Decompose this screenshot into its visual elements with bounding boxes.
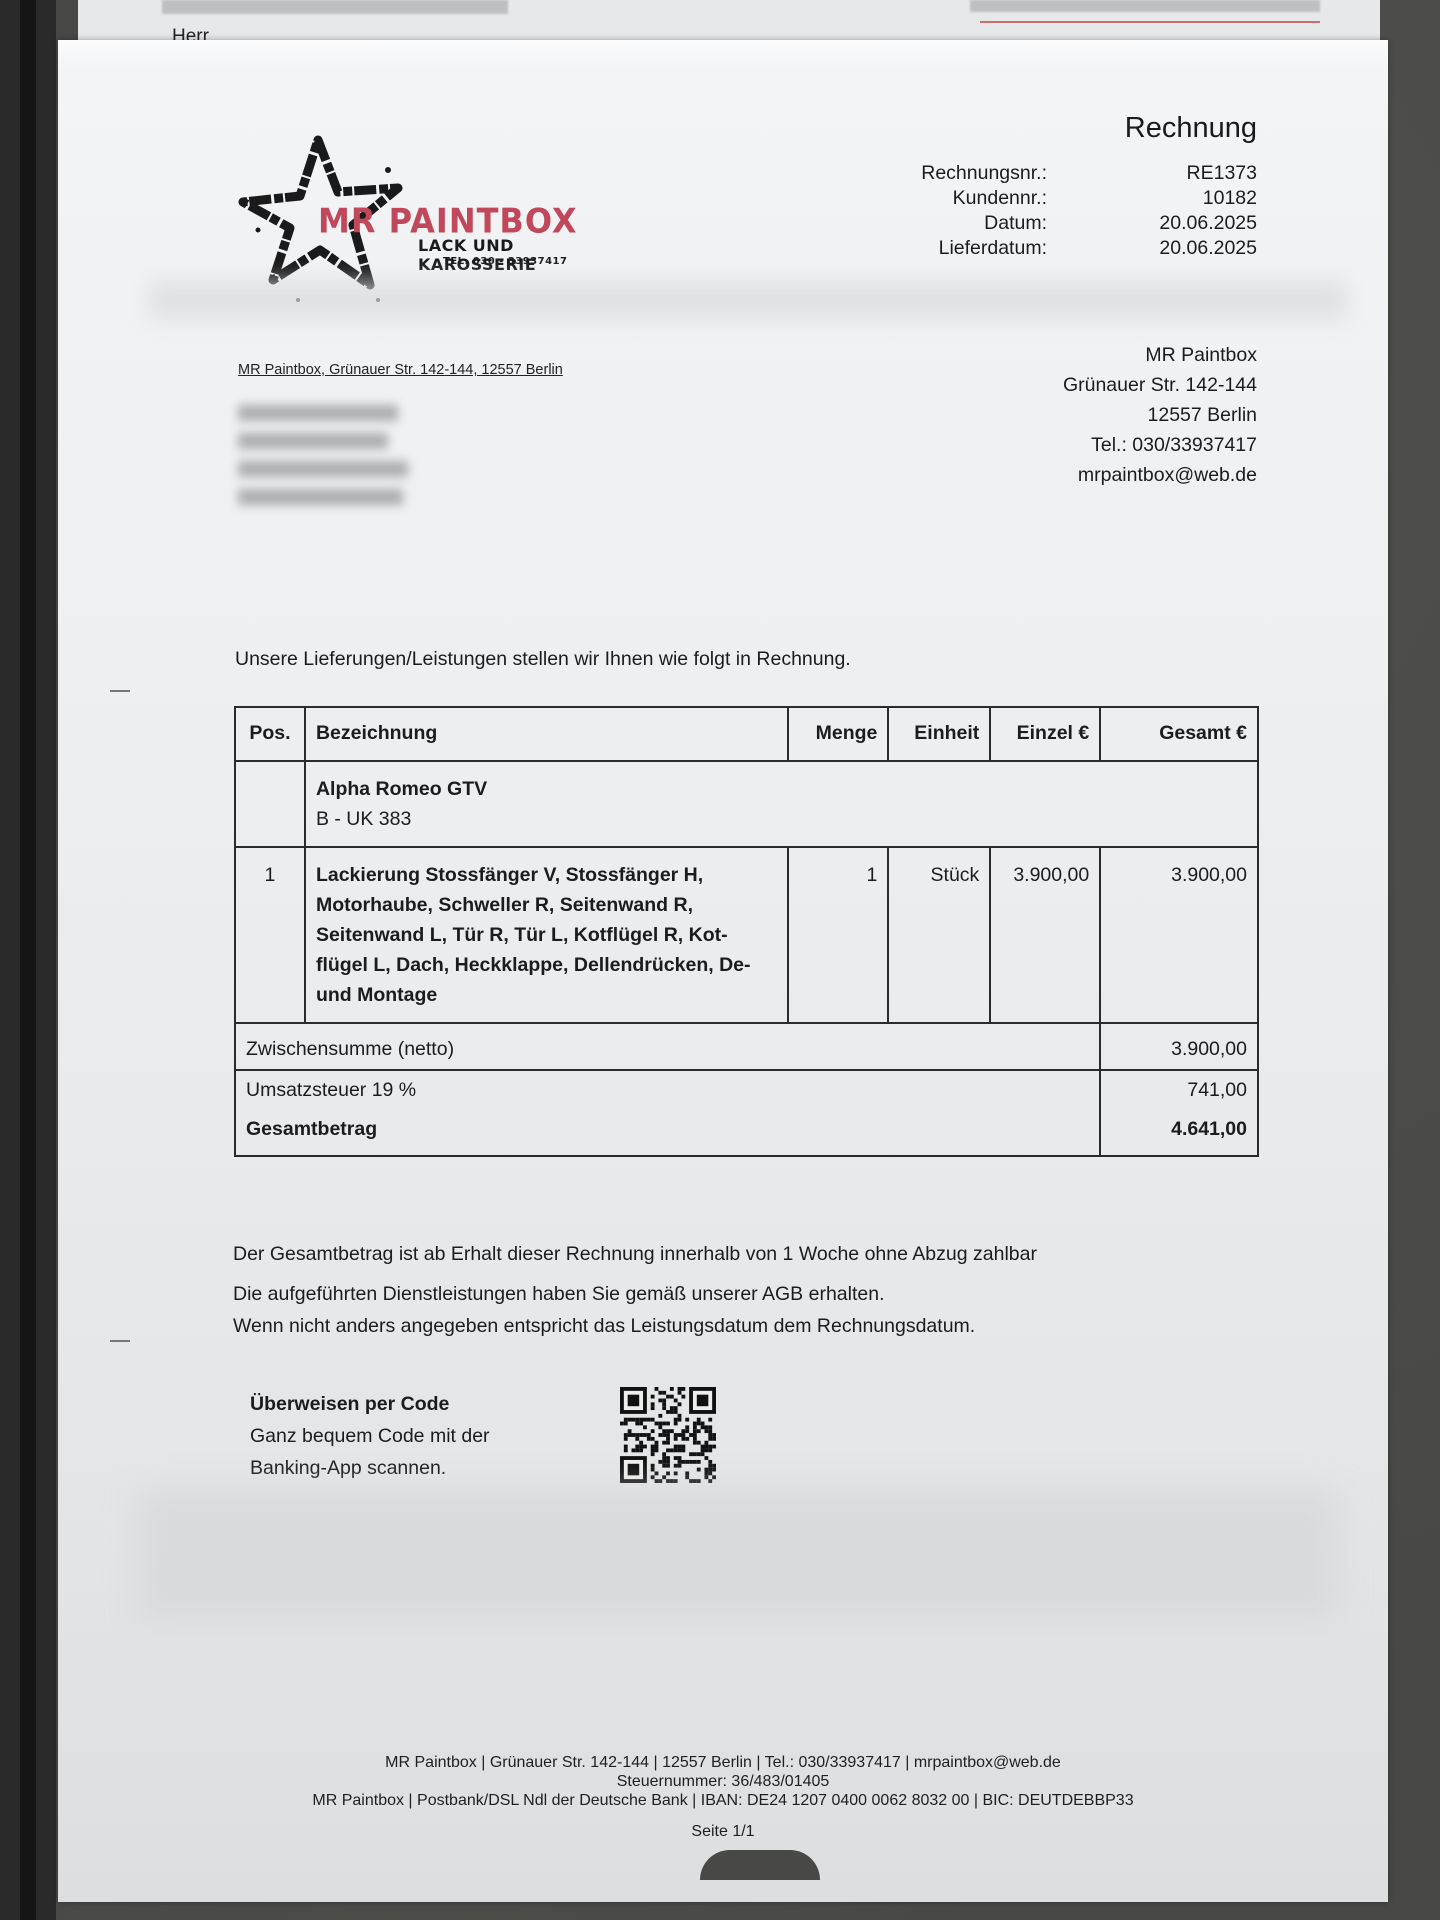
tax-label: Umsatzsteuer 19 %	[235, 1070, 1100, 1110]
delivery-date-label: Lieferdatum:	[921, 237, 1047, 260]
footer-contact: MR Paintbox | Grünauer Str. 142-144 | 12…	[58, 1753, 1388, 1772]
vehicle-info: Alpha Romeo GTV B - UK 383	[305, 761, 1258, 847]
item-pos: 1	[235, 847, 305, 1023]
document-title: Rechnung	[1125, 112, 1257, 145]
subtotal-label: Zwischensumme (netto)	[235, 1023, 1100, 1070]
redacted-area	[162, 0, 508, 14]
delivery-date: 20.06.2025	[1047, 237, 1257, 260]
qr-code-icon[interactable]	[620, 1387, 716, 1483]
service-date-note: Wenn nicht anders angegeben entspricht d…	[233, 1310, 1037, 1342]
vehicle-row: Alpha Romeo GTV B - UK 383	[235, 761, 1258, 847]
item-description: Lackierung Stossfänger V, Stossfänger H,…	[305, 847, 789, 1023]
pay-code-line2: Banking-App scannen.	[250, 1452, 490, 1484]
company-email: mrpaintbox@web.de	[1063, 460, 1257, 490]
redacted-area	[148, 280, 1348, 320]
intro-text: Unsere Lieferungen/Leistungen stellen wi…	[235, 648, 851, 671]
header-quantity: Menge	[788, 707, 888, 761]
customer-number-label: Kundennr.:	[921, 187, 1047, 210]
total-value: 4.641,00	[1100, 1110, 1258, 1156]
tax-value: 741,00	[1100, 1070, 1258, 1110]
fold-mark	[110, 1340, 130, 1342]
company-address: MR Paintbox Grünauer Str. 142-144 12557 …	[1063, 340, 1257, 490]
item-total: 3.900,00	[1100, 847, 1258, 1023]
customer-number: 10182	[1047, 187, 1257, 210]
header-total: Gesamt €	[1100, 707, 1258, 761]
invoice-number: RE1373	[1047, 162, 1257, 185]
invoice-table: Pos. Bezeichnung Menge Einheit Einzel € …	[234, 706, 1259, 1157]
header-unit-price: Einzel €	[990, 707, 1100, 761]
tax-row: Umsatzsteuer 19 % 741,00	[235, 1070, 1258, 1110]
redacted-area	[970, 0, 1320, 12]
invoice-date: 20.06.2025	[1047, 212, 1257, 235]
table-row: 1 Lackierung Stossfänger V, Stossfänger …	[235, 847, 1258, 1023]
footer-tax-number: Steuernummer: 36/483/01405	[58, 1772, 1388, 1791]
company-street: Grünauer Str. 142-144	[1063, 370, 1257, 400]
item-unit-price: 3.900,00	[990, 847, 1100, 1023]
pay-by-code: Überweisen per Code Ganz bequem Code mit…	[250, 1388, 490, 1484]
company-name: MR Paintbox	[1063, 340, 1257, 370]
total-label: Gesamtbetrag	[235, 1110, 1100, 1156]
date-label: Datum:	[921, 212, 1047, 235]
page-number: Seite 1/1	[58, 1822, 1388, 1841]
paper-tear	[700, 1850, 820, 1880]
page-footer: MR Paintbox | Grünauer Str. 142-144 | 12…	[58, 1753, 1388, 1841]
company-phone: Tel.: 030/33937417	[1063, 430, 1257, 460]
subtotal-row: Zwischensumme (netto) 3.900,00	[235, 1023, 1258, 1070]
agb-note: Die aufgeführten Dienstleistungen haben …	[233, 1278, 1037, 1310]
sender-return-address: MR Paintbox, Grünauer Str. 142-144, 1255…	[238, 362, 563, 378]
total-row: Gesamtbetrag 4.641,00	[235, 1110, 1258, 1156]
logo-phone: TEL. 030 - 33937417	[443, 256, 567, 267]
header-pos: Pos.	[235, 707, 305, 761]
item-quantity: 1	[788, 847, 888, 1023]
binder-edge	[0, 0, 56, 1920]
vehicle-plate: B - UK 383	[316, 804, 1247, 834]
subtotal-value: 3.900,00	[1100, 1023, 1258, 1070]
vehicle-model: Alpha Romeo GTV	[316, 774, 1247, 804]
invoice-meta: Rechnungsnr.: RE1373 Kundennr.: 10182 Da…	[921, 162, 1257, 260]
payment-notes: Der Gesamtbetrag ist ab Erhalt dieser Re…	[233, 1238, 1037, 1342]
header-description: Bezeichnung	[305, 707, 789, 761]
footer-bank: MR Paintbox | Postbank/DSL Ndl der Deuts…	[58, 1791, 1388, 1810]
redacted-area	[138, 1490, 1338, 1620]
item-unit: Stück	[888, 847, 990, 1023]
pay-code-title: Überweisen per Code	[250, 1388, 490, 1420]
logo-brand: MR PAINTBOX	[318, 201, 578, 241]
invoice-sheet: MR PAINTBOX LACK UND KAROSSERIE TEL. 030…	[58, 40, 1388, 1902]
table-header-row: Pos. Bezeichnung Menge Einheit Einzel € …	[235, 707, 1258, 761]
logo-tagline: LACK UND KAROSSERIE	[418, 236, 628, 274]
payment-terms: Der Gesamtbetrag ist ab Erhalt dieser Re…	[233, 1238, 1037, 1270]
company-city: 12557 Berlin	[1063, 400, 1257, 430]
pay-code-line1: Ganz bequem Code mit der	[250, 1420, 490, 1452]
header-unit: Einheit	[888, 707, 990, 761]
recipient-address-redacted	[238, 405, 408, 505]
fold-mark	[110, 690, 130, 692]
red-rule	[980, 21, 1320, 23]
invoice-number-label: Rechnungsnr.:	[921, 162, 1047, 185]
